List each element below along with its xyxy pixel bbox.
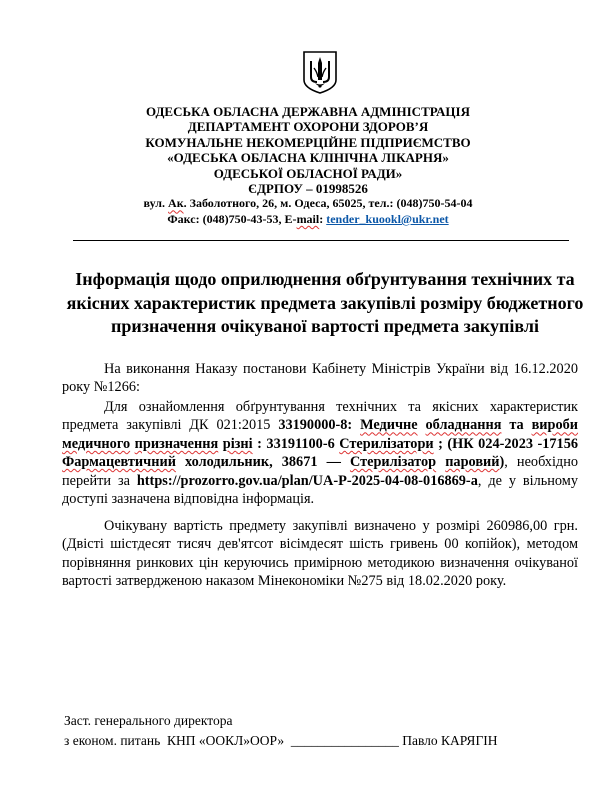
address-rest: . Заболотного, 26, м. Одеса, 65025, тел.… <box>184 196 473 210</box>
paragraph-procurement-info: Для ознайомлення обґрунтування технічних… <box>62 398 578 508</box>
address-ak: Ак <box>168 196 184 210</box>
document-title: Інформація щодо оприлюднення обґрунтуван… <box>60 268 590 339</box>
nk-word: паровий <box>445 454 499 470</box>
cpv-subcode: : 33191100-6 <box>253 436 340 452</box>
cpv-code: 33190000-8: <box>278 417 360 433</box>
address-line: вул. Ак. Заболотного, 26, м. Одеса, 6502… <box>0 196 616 211</box>
letterhead-line: «ОДЕСЬКА ОБЛАСНА КЛІНІЧНА ЛІКАРНЯ» <box>0 150 616 165</box>
cpv-word: медичного <box>62 436 130 452</box>
space <box>418 417 426 433</box>
prozorro-url[interactable]: https://prozorro.gov.ua/plan/UA-P-2025-0… <box>137 473 478 489</box>
cpv-word: різні <box>223 436 253 452</box>
email-link[interactable]: tender_kuookl@ukr.net <box>326 212 448 226</box>
letterhead-line: ОДЕСЬКА ОБЛАСНА ДЕРЖАВНА АДМІНІСТРАЦІЯ <box>0 104 616 119</box>
mail-word: mail <box>297 212 320 226</box>
nk-word: Фармацевтичний <box>62 454 176 470</box>
space <box>436 454 445 470</box>
title-line: призначення очікуваної вартості предмета… <box>60 315 590 339</box>
fax-text: Факс: (048)750-43-53, E- <box>167 212 296 226</box>
cpv-word: та <box>501 417 531 433</box>
paragraph-decree: На виконання Наказу постанови Кабінету М… <box>62 360 578 397</box>
title-line: якісних характеристик предмета закупівлі… <box>60 292 590 316</box>
letterhead-line: ДЕПАРТАМЕНТ ОХОРОНИ ЗДОРОВ’Я <box>0 119 616 134</box>
header-divider <box>73 240 569 241</box>
cpv-word: вироби <box>532 417 578 433</box>
cpv-word: обладнання <box>426 417 502 433</box>
contact-line: Факс: (048)750-43-53, E-mail: tender_kuo… <box>0 212 616 227</box>
cpv-word: Медичне <box>360 417 418 433</box>
signature-block: Заст. генерального директора з економ. п… <box>64 711 498 751</box>
edrpou-code: ЄДРПОУ – 01998526 <box>0 181 616 196</box>
nk-word: Стерилізатор <box>350 454 436 470</box>
cpv-subname: Стерилізатори <box>339 436 433 452</box>
nk-text: холодильник, 38671 — <box>176 454 350 470</box>
address-prefix: вул. <box>144 196 169 210</box>
signature-line: Заст. генерального директора <box>64 711 498 731</box>
letterhead: ОДЕСЬКА ОБЛАСНА ДЕРЖАВНА АДМІНІСТРАЦІЯ Д… <box>0 104 616 227</box>
signature-line: з економ. питань КНП «ООКЛ»ООР» ________… <box>64 731 498 751</box>
title-line: Інформація щодо оприлюднення обґрунтуван… <box>60 268 590 292</box>
paragraph-expected-cost: Очікувану вартість предмету закупівлі ви… <box>62 517 578 591</box>
ukraine-trident-icon <box>300 50 340 94</box>
nk-code: ; (НК 024-2023 -17156 <box>434 436 578 452</box>
letterhead-line: КОМУНАЛЬНЕ НЕКОМЕРЦІЙНЕ ПІДПРИЄМСТВО <box>0 135 616 150</box>
cpv-word: призначення <box>135 436 219 452</box>
letterhead-line: ОДЕСЬКОЇ ОБЛАСНОЇ РАДИ» <box>0 166 616 181</box>
